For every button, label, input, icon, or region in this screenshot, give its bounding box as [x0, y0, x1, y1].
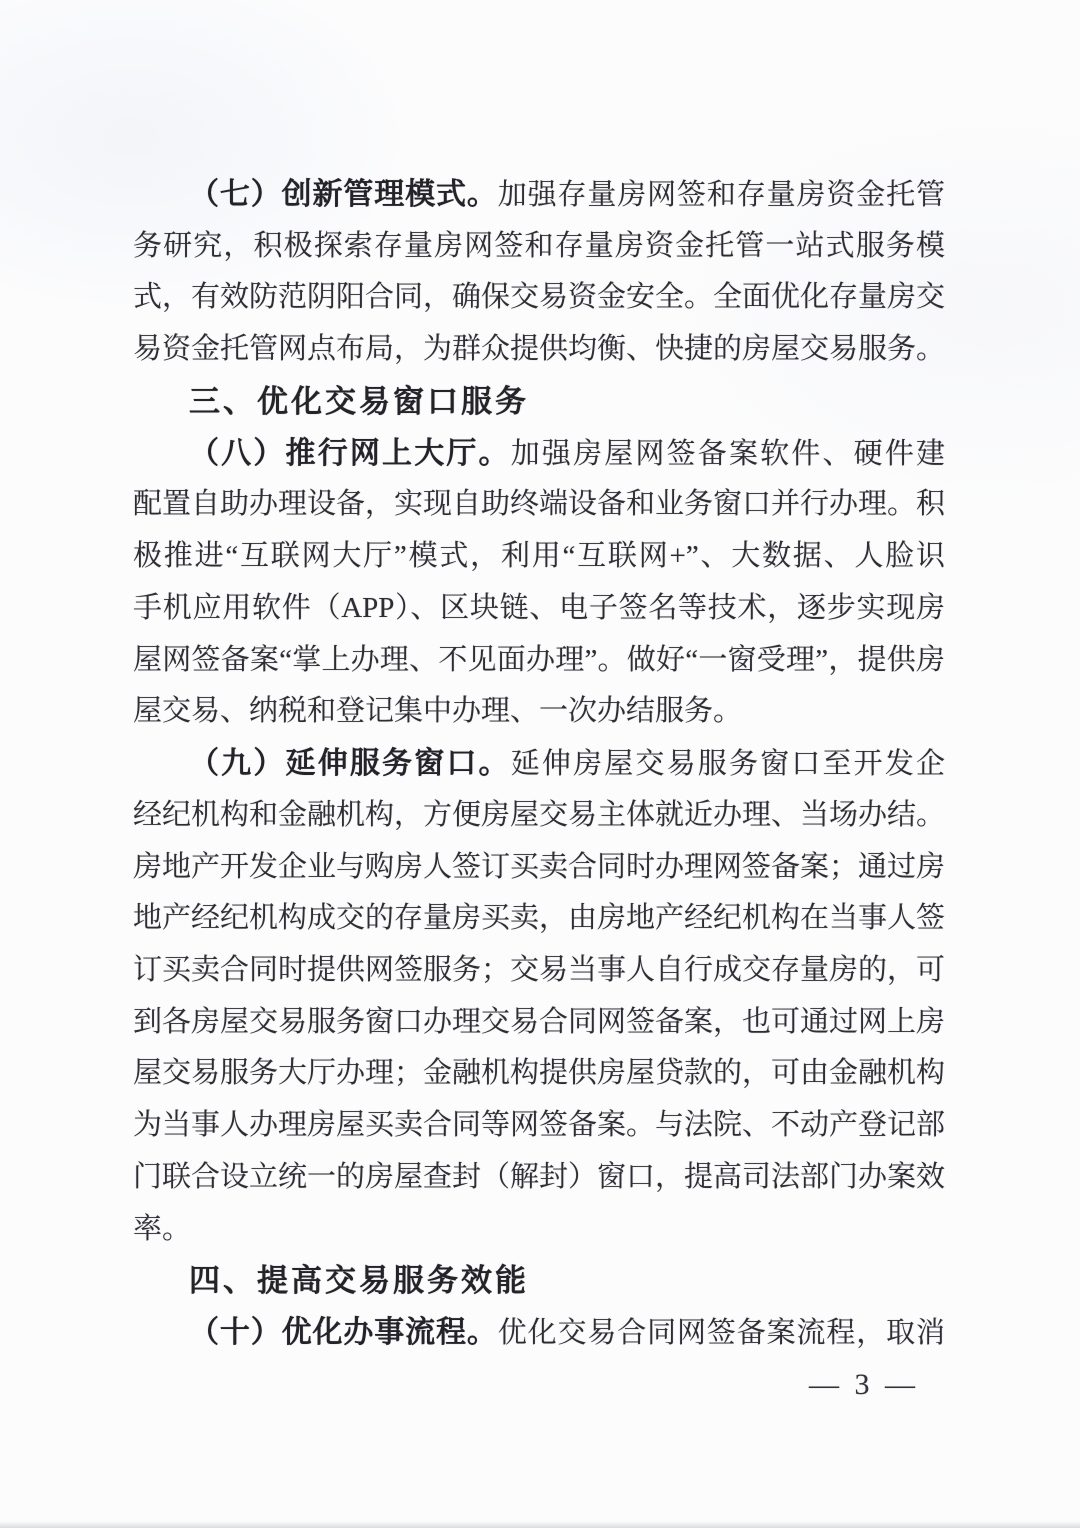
page-number-text: — 3 —: [809, 1368, 919, 1401]
text-line: 地产经纪机构成交的存量房买卖，由房地产经纪机构在当事人签: [133, 893, 945, 945]
line-text: 为当事人办理房屋买卖合同等网签备案。与法院、不动产登记部: [133, 1109, 945, 1141]
line-text: 经纪机构和金融机构，方便房屋交易主体就近办理、当场办结。: [133, 799, 945, 831]
line-text: 地产经纪机构成交的存量房买卖，由房地产经纪机构在当事人签: [133, 902, 945, 934]
clause-title: （十）优化办事流程。: [189, 1316, 498, 1349]
text-line: 配置自助办理设备，实现自助终端设备和业务窗口并行办理。积: [133, 479, 945, 531]
line-text: 式，有效防范阴阳合同，确保交易资金安全。全面优化存量房交: [133, 281, 945, 313]
text-line: 式，有效防范阴阳合同，确保交易资金安全。全面优化存量房交: [133, 272, 945, 324]
text-line: 屋网签备案“掌上办理、不见面办理”。做好“一窗受理”，提供房: [133, 635, 945, 687]
line-text: 屋交易服务大厅办理；金融机构提供房屋贷款的，可由金融机构: [133, 1057, 945, 1089]
line-text: 屋交易、纳税和登记集中办理、一次办结服务。: [133, 695, 742, 727]
text-line: 订买卖合同时提供网签服务；交易当事人自行成交存量房的，可: [133, 945, 945, 997]
text-line: 极推进“互联网大厅”模式，利用“互联网+”、大数据、人脸识别、: [133, 531, 945, 583]
line-text: 务研究，积极探索存量房网签和存量房资金托管一站式服务模: [133, 230, 945, 262]
text-line: 务研究，积极探索存量房网签和存量房资金托管一站式服务模: [133, 221, 945, 273]
page-number: — 3 —: [133, 1359, 945, 1411]
section-heading: 四、提高交易服务效能: [133, 1255, 945, 1307]
line-text: 配置自助办理设备，实现自助终端设备和业务窗口并行办理。积: [133, 488, 945, 520]
text-line: 为当事人办理房屋买卖合同等网签备案。与法院、不动产登记部: [133, 1100, 945, 1152]
text-line: 手机应用软件（APP）、区块链、电子签名等技术，逐步实现房: [133, 583, 945, 635]
heading-text: 三、优化交易窗口服务: [189, 384, 529, 419]
clause-title: （七）创新管理模式。: [189, 178, 498, 211]
text-line: 门联合设立统一的房屋查封（解封）窗口，提高司法部门办案效: [133, 1152, 945, 1204]
line-text: 门联合设立统一的房屋查封（解封）窗口，提高司法部门办案效: [133, 1161, 945, 1193]
scan-edge-shadow: [0, 1521, 1080, 1528]
line-text: 房地产开发企业与购房人签订买卖合同时办理网签备案；通过房: [133, 851, 945, 883]
paragraph-first-line: （九）延伸服务窗口。延伸房屋交易服务窗口至开发企业、: [133, 738, 945, 790]
paragraph-last-line: 率。: [133, 1204, 945, 1256]
heading-text: 四、提高交易服务效能: [189, 1263, 529, 1298]
text-line: 屋交易服务大厅办理；金融机构提供房屋贷款的，可由金融机构: [133, 1048, 945, 1100]
clause-title: （九）延伸服务窗口。: [189, 747, 511, 780]
line-text: 率。: [133, 1213, 191, 1245]
paragraph-first-line: （八）推行网上大厅。加强房屋网签备案软件、硬件建设，: [133, 428, 945, 480]
line-text: 极推进“互联网大厅”模式，利用“互联网+”、大数据、人脸识别、: [133, 540, 945, 583]
section-heading: 三、优化交易窗口服务: [133, 376, 945, 428]
document-page: （七）创新管理模式。加强存量房网签和存量房资金托管业 务研究，积极探索存量房网签…: [0, 0, 1080, 1528]
line-text: 手机应用软件（APP）、区块链、电子签名等技术，逐步实现房: [133, 592, 945, 624]
text-line: 到各房屋交易服务窗口办理交易合同网签备案，也可通过网上房: [133, 997, 945, 1049]
line-text: 订买卖合同时提供网签服务；交易当事人自行成交存量房的，可: [133, 954, 945, 986]
text-line: 房地产开发企业与购房人签订买卖合同时办理网签备案；通过房: [133, 842, 945, 894]
paragraph-first-line: （十）优化办事流程。优化交易合同网签备案流程，取消房: [133, 1307, 945, 1359]
line-text: 屋网签备案“掌上办理、不见面办理”。做好“一窗受理”，提供房: [133, 644, 945, 676]
line-text: 到各房屋交易服务窗口办理交易合同网签备案，也可通过网上房: [133, 1006, 945, 1038]
paragraph-first-line: （七）创新管理模式。加强存量房网签和存量房资金托管业: [133, 169, 945, 221]
paragraph-last-line: 屋交易、纳税和登记集中办理、一次办结服务。: [133, 686, 945, 738]
text-line: 易资金托管网点布局，为群众提供均衡、快捷的房屋交易服务。: [133, 324, 945, 376]
text-line: 经纪机构和金融机构，方便房屋交易主体就近办理、当场办结。: [133, 790, 945, 842]
document-text-block: （七）创新管理模式。加强存量房网签和存量房资金托管业 务研究，积极探索存量房网签…: [133, 169, 945, 1411]
clause-title: （八）推行网上大厅。: [189, 437, 511, 470]
line-text: 易资金托管网点布局，为群众提供均衡、快捷的房屋交易服务。: [133, 333, 945, 365]
